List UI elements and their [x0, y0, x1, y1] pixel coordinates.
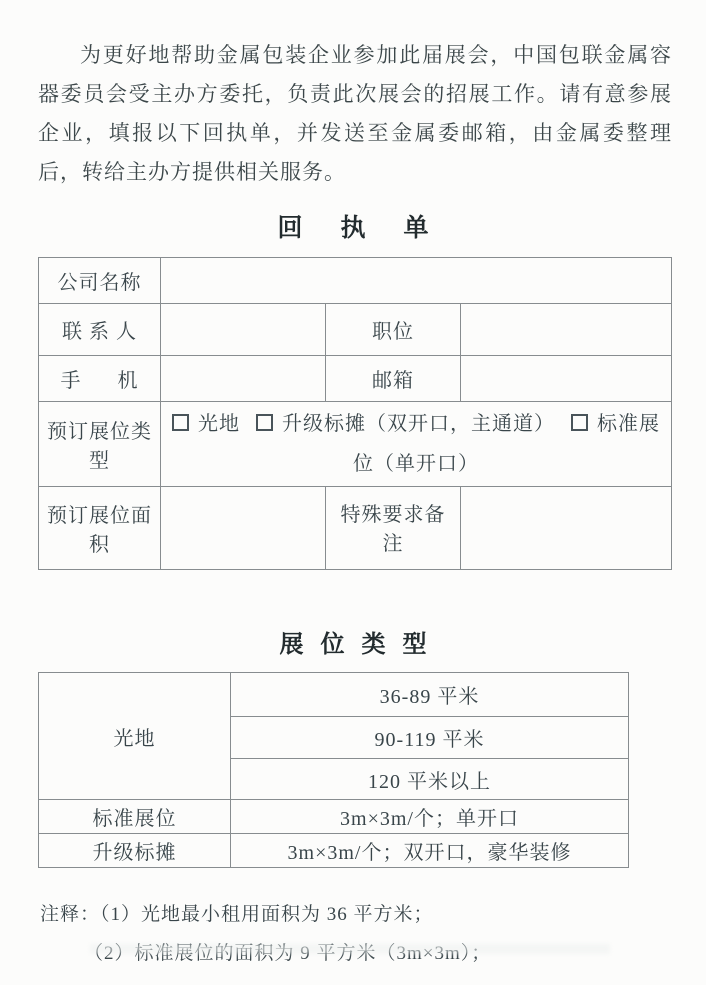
table-row: 标准展位 3m×3m/个；单开口 [39, 800, 629, 834]
contact-label: 联 系 人 [39, 304, 161, 356]
option-label: 光地 [198, 413, 240, 435]
position-label: 职位 [326, 304, 461, 356]
footnotes: 注释：（1）光地最小租用面积为 36 平方米； （2）标准展位的面积为 9 平方… [40, 902, 676, 967]
option-label: 升级标摊（双开口，主通道） [282, 413, 555, 435]
table-row: 联 系 人 职位 [39, 304, 672, 356]
table-row: 升级标摊 3m×3m/个；双开口，豪华装修 [39, 834, 629, 868]
raw-space-size-3: 120 平米以上 [231, 759, 629, 800]
upgraded-booth-spec: 3m×3m/个；双开口，豪华装修 [231, 834, 629, 868]
special-requirements-label: 特殊要求备注 [326, 487, 461, 570]
email-field[interactable] [461, 356, 672, 402]
table-row: 光地 36-89 平米 [39, 673, 629, 717]
reply-form-table: 公司名称 联 系 人 职位 手 机 邮箱 预订展位类型 光地升级标摊（双开口，主… [38, 257, 672, 570]
checkbox-upgraded-booth-icon[interactable] [256, 414, 273, 431]
table-row: 预订展位类型 光地升级标摊（双开口，主通道）标准展位（单开口） [39, 402, 672, 487]
position-field[interactable] [461, 304, 672, 356]
contact-field[interactable] [161, 304, 326, 356]
company-name-label: 公司名称 [39, 258, 161, 304]
special-requirements-field[interactable] [461, 487, 672, 570]
reply-form-title: 回执单 [0, 208, 706, 244]
company-name-field[interactable] [161, 258, 672, 304]
intro-paragraph: 为更好地帮助金属包装企业参加此届展会，中国包联金属容器委员会受主办方委托，负责此… [38, 36, 672, 192]
booth-type-label: 预订展位类型 [39, 402, 161, 487]
email-label: 邮箱 [326, 356, 461, 402]
booth-type-option: 光地 [172, 413, 240, 435]
booth-area-label: 预订展位面积 [39, 487, 161, 570]
raw-space-label: 光地 [39, 673, 231, 800]
mobile-field[interactable] [161, 356, 326, 402]
mobile-label: 手 机 [39, 356, 161, 402]
booth-area-field[interactable] [161, 487, 326, 570]
upgraded-booth-label: 升级标摊 [39, 834, 231, 868]
checkbox-standard-booth-icon[interactable] [571, 414, 588, 431]
table-row: 预订展位面积 特殊要求备注 [39, 487, 672, 570]
raw-space-size-2: 90-119 平米 [231, 717, 629, 759]
booth-type-option: 升级标摊（双开口，主通道） [256, 413, 555, 435]
table-row: 手 机 邮箱 [39, 356, 672, 402]
booth-type-table: 光地 36-89 平米 90-119 平米 120 平米以上 标准展位 3m×3… [38, 672, 629, 868]
checkbox-raw-space-icon[interactable] [172, 414, 189, 431]
document-page: 为更好地帮助金属包装企业参加此届展会，中国包联金属容器委员会受主办方委托，负责此… [0, 0, 706, 985]
scan-bleed-through-artifact [90, 944, 610, 954]
note-1: 注释：（1）光地最小租用面积为 36 平方米； [40, 902, 676, 928]
table-row: 公司名称 [39, 258, 672, 304]
standard-booth-label: 标准展位 [39, 800, 231, 834]
booth-type-table-title: 展位类型 [0, 624, 706, 659]
standard-booth-spec: 3m×3m/个；单开口 [231, 800, 629, 834]
raw-space-size-1: 36-89 平米 [231, 673, 629, 717]
booth-type-options: 光地升级标摊（双开口，主通道）标准展位（单开口） [161, 402, 672, 487]
